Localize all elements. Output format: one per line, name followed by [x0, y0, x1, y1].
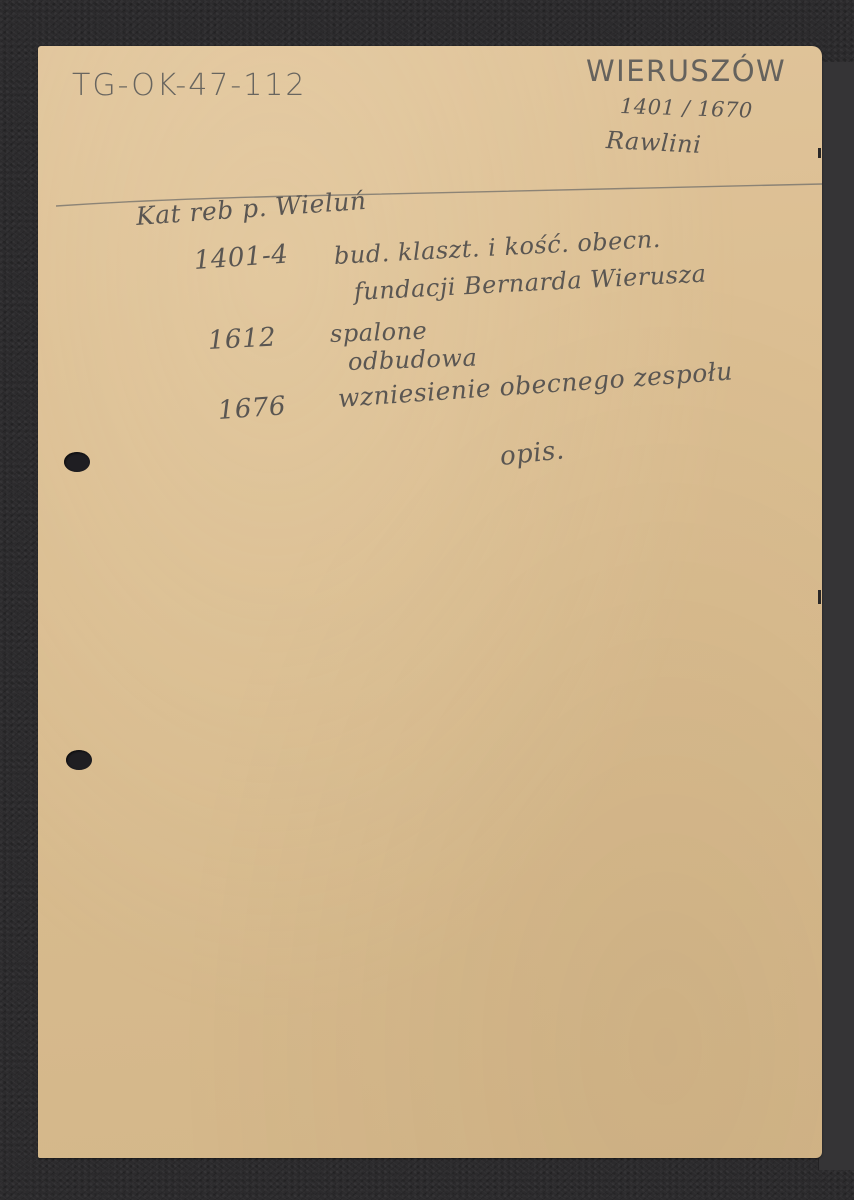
entry-line: fundacji Bernarda Wierusza — [353, 260, 707, 306]
entry-year: 1676 — [217, 391, 287, 426]
folder-back-board — [818, 62, 854, 1170]
punch-hole-lower — [66, 750, 92, 770]
entry-year: 1401-4 — [193, 239, 289, 276]
entry-year: 1612 — [207, 322, 277, 356]
author-note: Rawlini — [605, 126, 702, 159]
entry-line: spalone — [330, 317, 428, 348]
entry-line: odbudowa — [348, 343, 478, 375]
edge-mark — [818, 148, 821, 158]
footer-note: opis. — [498, 435, 566, 472]
date-range: 1401 / 1670 — [620, 94, 754, 123]
punch-hole-upper — [64, 452, 90, 472]
edge-nick — [818, 590, 821, 604]
entry-line: bud. klaszt. i kość. obecn. — [333, 225, 661, 270]
reference-code: TG-OK-47-112 — [72, 68, 306, 103]
place-name: WIERUSZÓW — [586, 54, 786, 88]
document-page: TG-OK-47-112 WIERUSZÓW 1401 / 1670 Rawli… — [38, 46, 822, 1158]
